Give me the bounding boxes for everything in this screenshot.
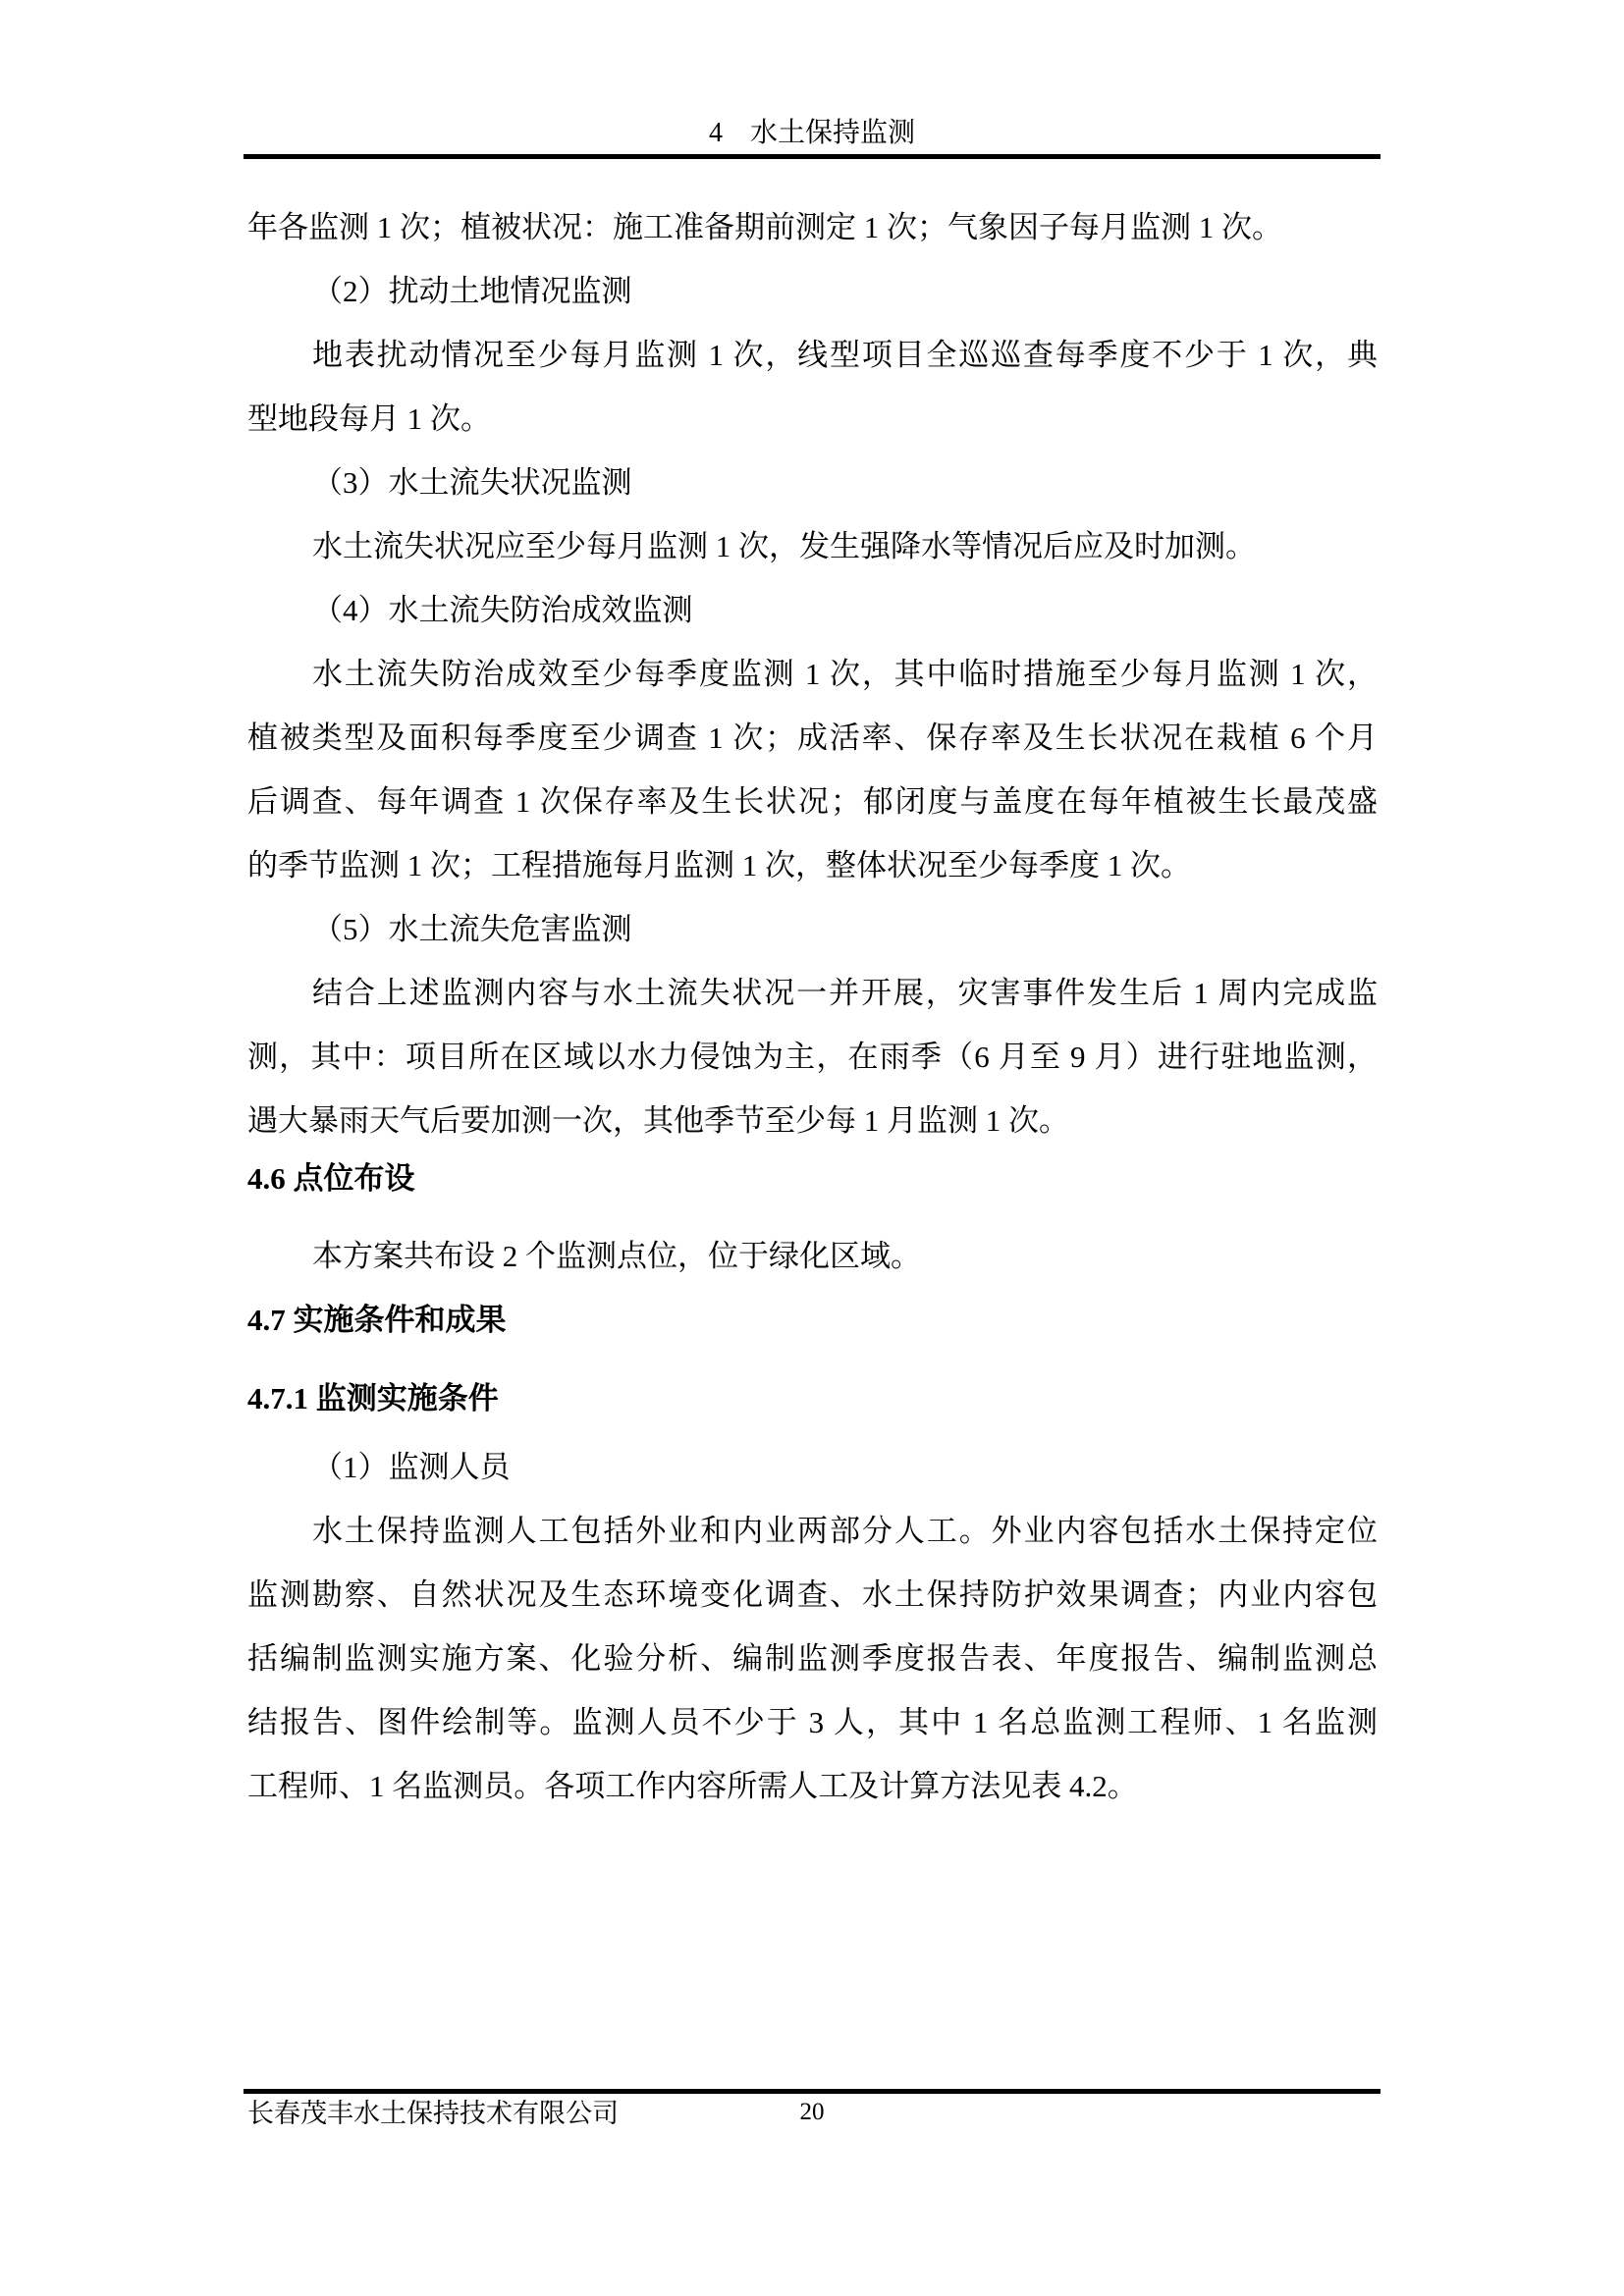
text-line: 地表扰动情况至少每月监测 1 次，线型项目全巡巡查每季度不少于 1 次，典 (247, 323, 1378, 387)
list-item-heading: （4）水土流失防治成效监测 (247, 578, 1378, 642)
page-header-title: 4 水土保持监测 (0, 114, 1624, 153)
text-line: 遇大暴雨天气后要加测一次，其他季节至少每 1 月监测 1 次。 (247, 1089, 1378, 1152)
text-line: 植被类型及面积每季度至少调查 1 次；成活率、保存率及生长状况在栽植 6 个月 (247, 706, 1378, 770)
text-line: 监测勘察、自然状况及生态环境变化调查、水土保持防护效果调查；内业内容包 (247, 1563, 1378, 1627)
footer-rule (244, 2089, 1380, 2094)
text-line: 结合上述监测内容与水土流失状况一并开展，灾害事件发生后 1 周内完成监 (247, 961, 1378, 1025)
section-heading-4-7: 4.7 实施条件和成果 (247, 1288, 1378, 1352)
text-line: 本方案共布设 2 个监测点位，位于绿化区域。 (247, 1224, 1378, 1288)
document-body: 年各监测 1 次；植被状况：施工准备期前测定 1 次；气象因子每月监测 1 次。… (247, 195, 1378, 1818)
section-heading-4-6: 4.6 点位布设 (247, 1147, 1378, 1210)
text-line: 工程师、1 名监测员。各项工作内容所需人工及计算方法见表 4.2。 (247, 1754, 1378, 1818)
list-item-heading: （1）监测人员 (247, 1435, 1378, 1499)
text-line: 年各监测 1 次；植被状况：施工准备期前测定 1 次；气象因子每月监测 1 次。 (247, 195, 1378, 259)
document-page: 4 水土保持监测 年各监测 1 次；植被状况：施工准备期前测定 1 次；气象因子… (0, 0, 1624, 2296)
text-line: 水土保持监测人工包括外业和内业两部分人工。外业内容包括水土保持定位 (247, 1499, 1378, 1563)
list-item-heading: （2）扰动土地情况监测 (247, 259, 1378, 323)
list-item-heading: （5）水土流失危害监测 (247, 897, 1378, 961)
text-line: 的季节监测 1 次；工程措施每月监测 1 次，整体状况至少每季度 1 次。 (247, 833, 1378, 897)
header-rule (244, 154, 1380, 159)
text-line: 水土流失状况应至少每月监测 1 次，发生强降水等情况后应及时加测。 (247, 514, 1378, 578)
text-line: 括编制监测实施方案、化验分析、编制监测季度报告表、年度报告、编制监测总 (247, 1627, 1378, 1690)
text-line: 测，其中：项目所在区域以水力侵蚀为主，在雨季（6 月至 9 月）进行驻地监测， (247, 1025, 1378, 1089)
list-item-heading: （3）水土流失状况监测 (247, 451, 1378, 514)
text-line: 型地段每月 1 次。 (247, 387, 1378, 451)
section-heading-4-7-1: 4.7.1 监测实施条件 (247, 1366, 1378, 1430)
text-line: 水土流失防治成效至少每季度监测 1 次，其中临时措施至少每月监测 1 次， (247, 642, 1378, 706)
text-line: 结报告、图件绘制等。监测人员不少于 3 人，其中 1 名总监测工程师、1 名监测 (247, 1690, 1378, 1754)
text-line: 后调查、每年调查 1 次保存率及生长状况；郁闭度与盖度在每年植被生长最茂盛 (247, 770, 1378, 833)
page-number: 20 (0, 2099, 1624, 2126)
